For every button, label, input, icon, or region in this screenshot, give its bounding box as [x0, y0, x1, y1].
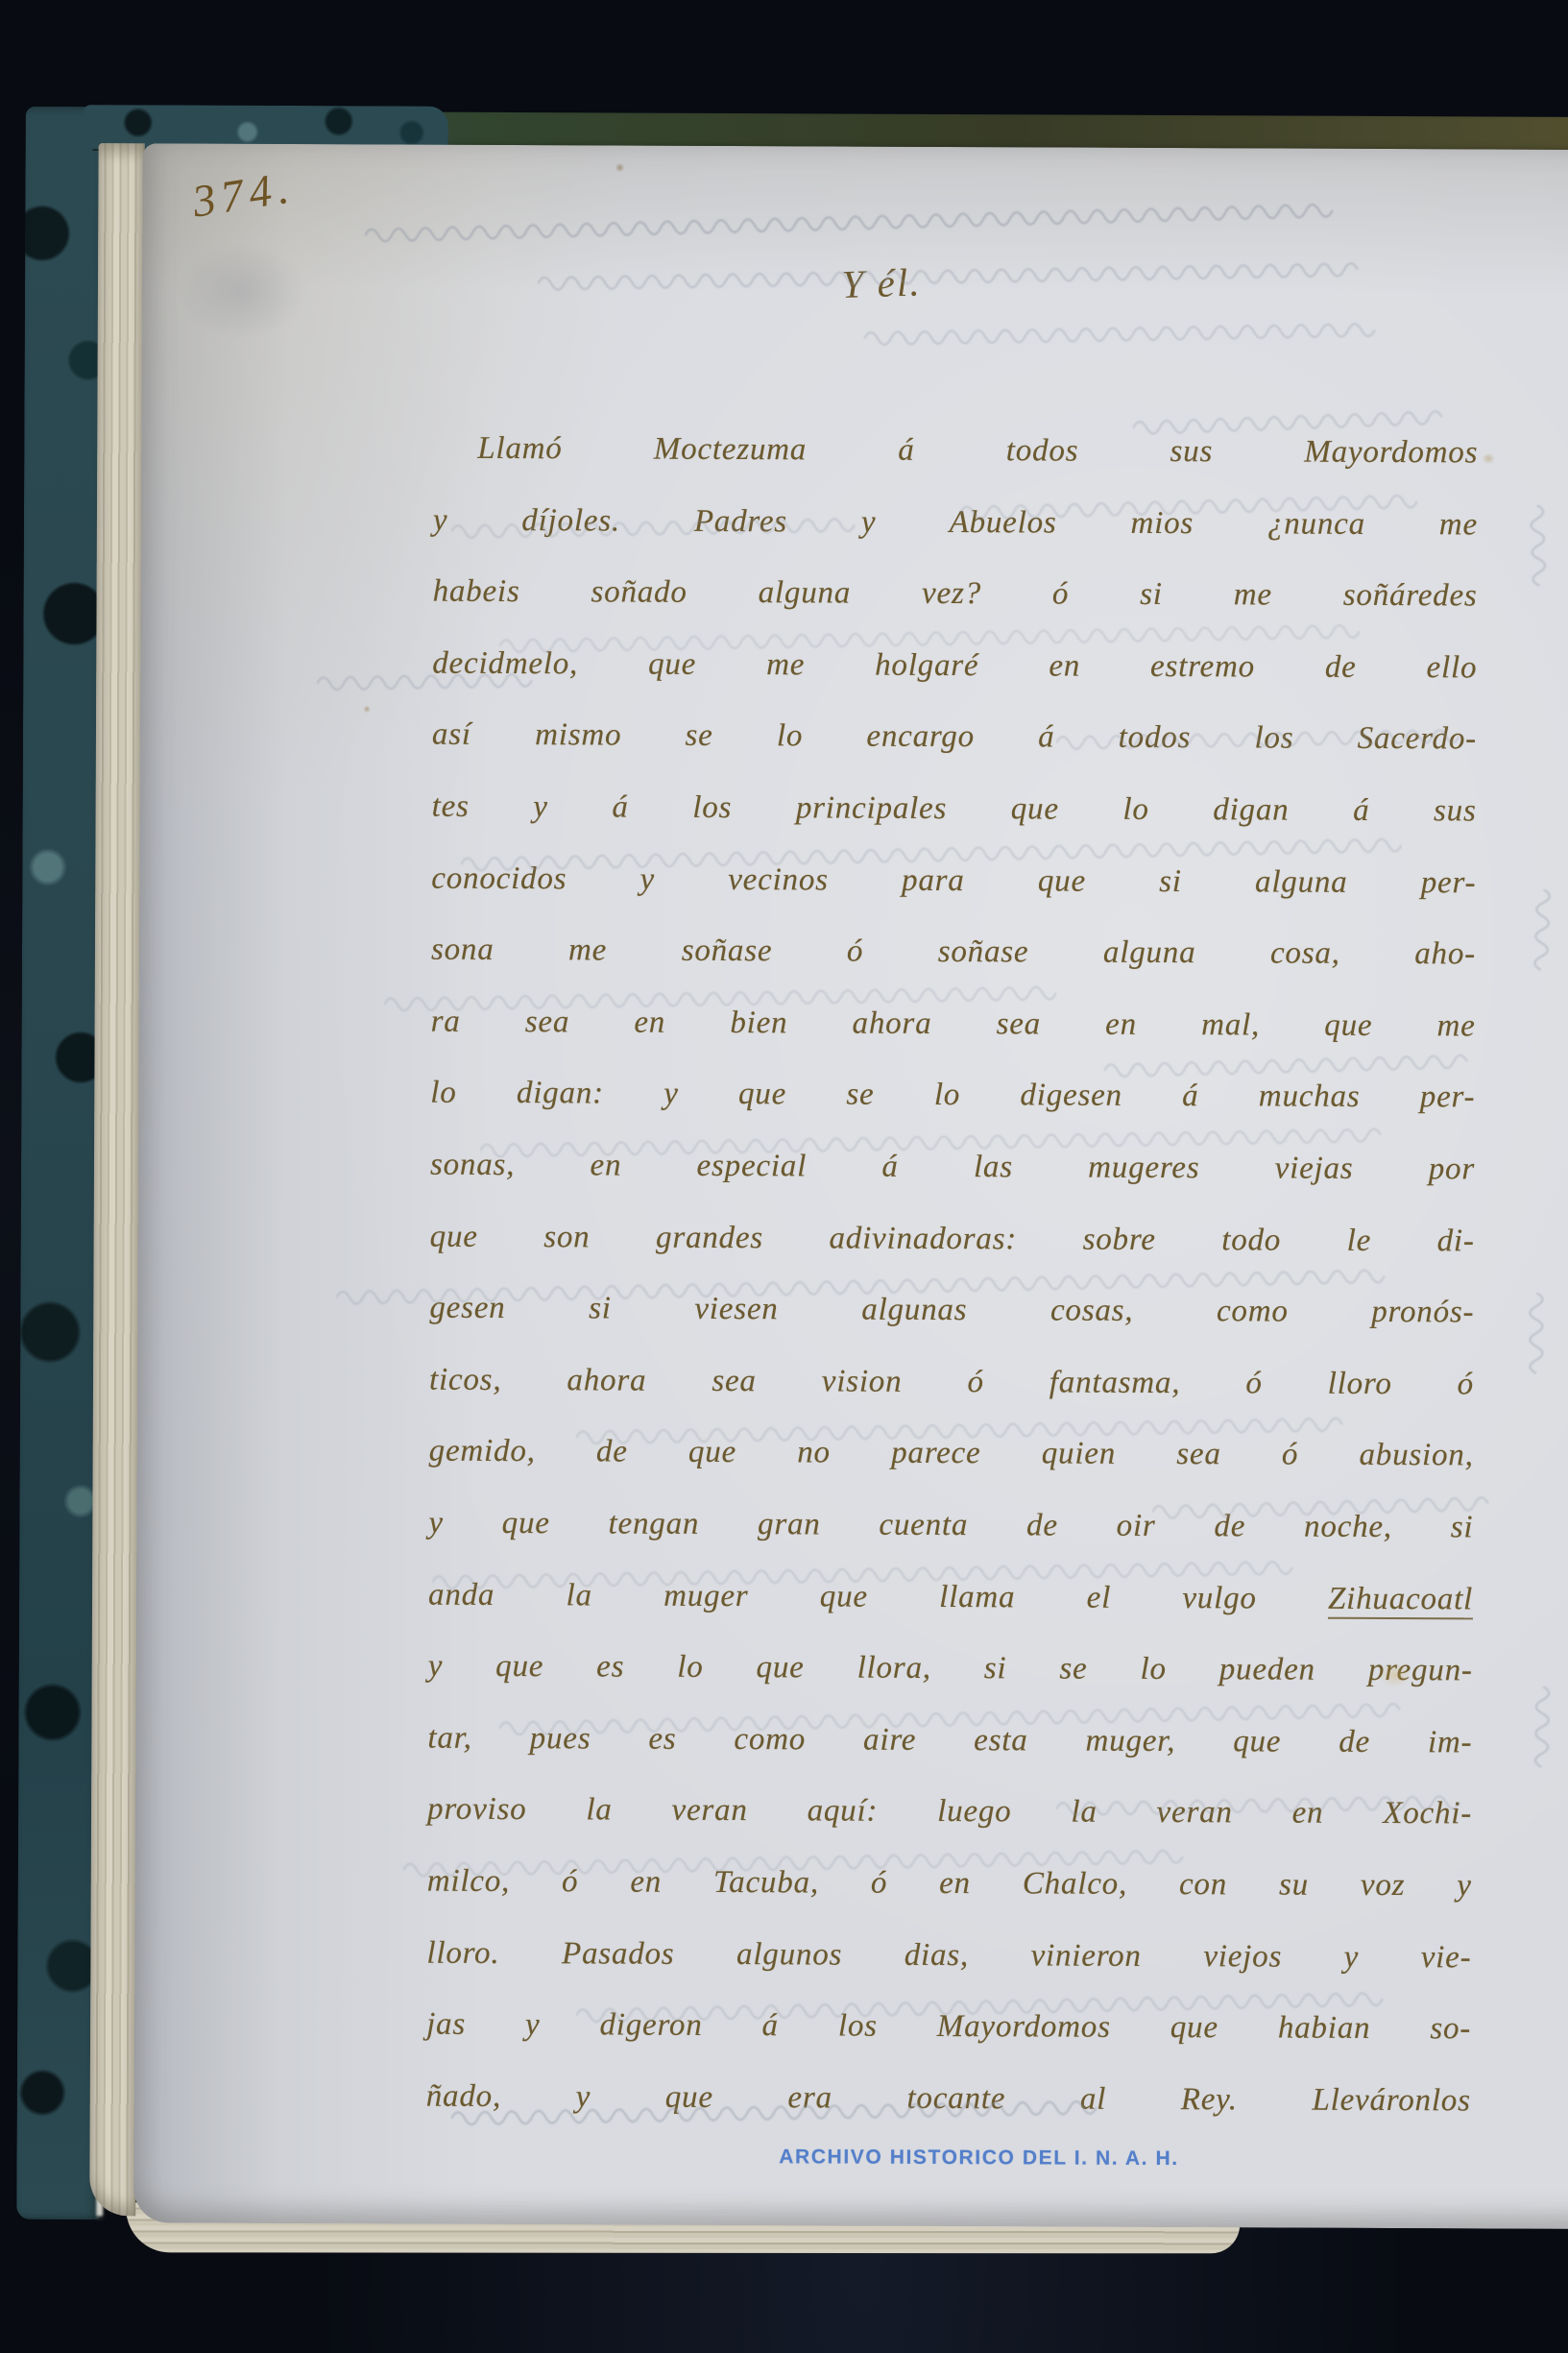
manuscript-line: sona me soñase ó soñase alguna cosa, aho…	[431, 931, 1476, 993]
ghost-bleedthrough-writing	[1529, 889, 1553, 977]
archive-stamp: ARCHIVO HISTORICO DEL I. N. A. H.	[710, 2146, 1247, 2171]
foxing-spot	[615, 162, 625, 172]
ghost-bleedthrough-writing	[317, 670, 538, 695]
manuscript-line: ticos, ahora sea vision ó fantasma, ó ll…	[429, 1360, 1474, 1422]
ghost-bleedthrough-writing	[1525, 1293, 1546, 1379]
manuscript-page: 374. Y él. Llamó Moctezuma á todos sus M…	[133, 143, 1568, 2229]
manuscript-text: Llamó Moctezuma á todos sus Mayordomosy …	[133, 143, 1568, 2229]
foxing-spot	[363, 705, 371, 713]
ghost-bleedthrough-writing	[1530, 1686, 1553, 1773]
underlined-word: Zihuacoatl	[1328, 1581, 1473, 1619]
manuscript-line: y que es lo que llora, si se lo pueden p…	[428, 1647, 1473, 1710]
smudge	[169, 237, 313, 344]
manuscript-line: Llamó Moctezuma á todos sus Mayordomos	[433, 429, 1478, 492]
manuscript-line: lloro. Pasados algunos dias, vinieron vi…	[426, 1933, 1471, 1996]
foxing-spot	[1379, 1662, 1411, 1687]
foxing-spot	[1482, 452, 1495, 464]
ghost-bleedthrough-writing	[1525, 505, 1549, 593]
photograph-of-manuscript: 374. Y él. Llamó Moctezuma á todos sus M…	[0, 0, 1568, 2353]
